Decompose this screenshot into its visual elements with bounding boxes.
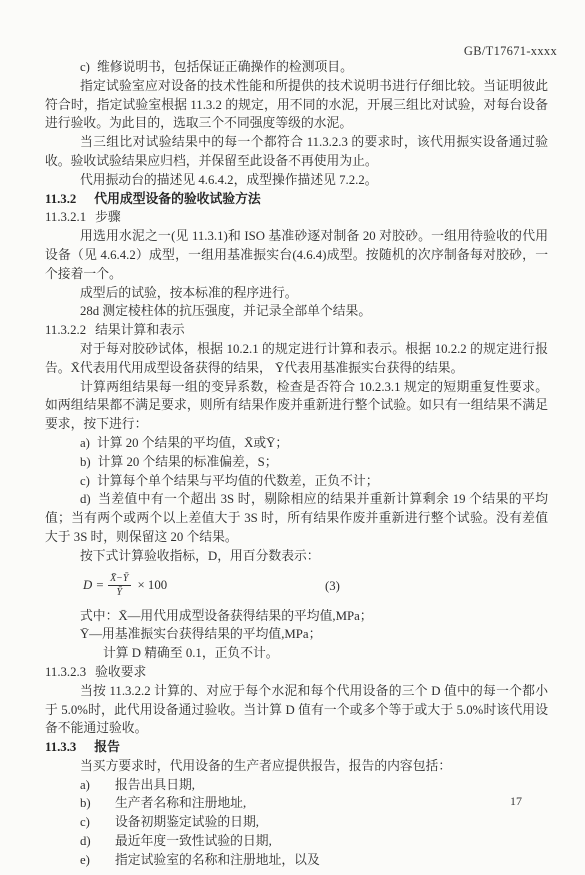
paragraph-28d-strength: 28d 测定棱柱体的抗压强度，并记录全部单个结果。 [45, 302, 548, 321]
list-item-text: 计算 20 个结果的标准偏差，S； [98, 455, 278, 469]
section-heading-11-3-2-1: 11.3.2.1步骤 [45, 208, 548, 227]
list-item-label: a) [80, 776, 94, 795]
scanned-document-page: GB/T17671-xxxx c)维修说明书，包括保证正确操作的检测项目。 指定… [0, 0, 585, 875]
section-heading-11-3-2-3: 11.3.2.3验收要求 [45, 663, 548, 682]
section-heading-11-3-3: 11.3.3报告 [45, 738, 548, 757]
list-item-label: c) [80, 474, 90, 488]
calc-step-c: c)计算每个单个结果与平均值的代数差，正负不计； [45, 472, 548, 491]
formula-legend-precision: 计算 D 精确至 0.1，正负不计。 [45, 644, 548, 663]
calc-step-b: b)计算 20 个结果的标准偏差，S； [45, 453, 548, 472]
paragraph-acceptance: 当按 11.3.2.2 计算的、对应于每个水泥和每个代用设备的三个 D 值中的每… [45, 682, 548, 738]
equation-lhs: D = [83, 576, 104, 595]
list-item-c-maintenance: c)维修说明书，包括保证正确操作的检测项目。 [45, 58, 548, 77]
paragraph-report-intro: 当买方要求时，代用设备的生产者应提供报告，报告的内容包括： [45, 757, 548, 776]
section-title: 报告 [94, 740, 120, 754]
standard-code-header: GB/T17671-xxxx [464, 44, 557, 59]
list-item-text: 计算 20 个结果的平均值，X̄或Ȳ； [97, 436, 288, 450]
calc-step-a: a)计算 20 个结果的平均值，X̄或Ȳ； [45, 434, 548, 453]
section-number: 11.3.3 [45, 740, 76, 754]
document-content: c)维修说明书，包括保证正确操作的检测项目。 指定试验室应对设备的技术性能和所提… [45, 58, 548, 870]
section-title: 验收要求 [95, 665, 146, 679]
formula-legend-ybar: Ȳ—用基准振实台获得结果的平均值,MPa； [45, 625, 548, 644]
section-number: 11.3.2.3 [45, 665, 86, 679]
formula-legend-xbar: 式中：X̄—用代用成型设备获得结果的平均值,MPa； [45, 607, 548, 626]
section-number: 11.3.2.1 [45, 210, 86, 224]
list-item-text: 维修说明书，包括保证正确操作的检测项目。 [97, 60, 353, 74]
list-item-label: d) [80, 492, 91, 506]
list-item-label: a) [80, 436, 90, 450]
list-item-text: 指定试验室的名称和注册地址，以及 [115, 853, 320, 867]
list-item-text: 设备初期鉴定试验的日期, [115, 815, 259, 829]
page-number: 17 [510, 794, 522, 809]
equation-multiplier: × 100 [138, 576, 168, 595]
section-title: 结果计算和表示 [95, 323, 185, 337]
paragraph-compare: 指定试验室应对设备的技术性能和所提供的技术说明书进行仔细比较。当证明彼此符合时，… [45, 77, 548, 133]
list-item-text: 最近年度一致性试验的日期, [115, 834, 272, 848]
equation-fraction: X̄−Ȳ Ȳ [108, 573, 130, 598]
report-item-b: b)生产者名称和注册地址, [45, 794, 548, 813]
list-item-text: 计算每个单个结果与平均值的代数差，正负不计； [97, 474, 379, 488]
paragraph-procedure: 用选用水泥之一(见 11.3.1)和 ISO 基准砂逐对制备 20 对胶砂。一组… [45, 227, 548, 283]
section-heading-11-3-2: 11.3.2代用成型设备的验收试验方法 [45, 190, 548, 209]
section-title: 代用成型设备的验收试验方法 [94, 192, 260, 206]
calc-step-d: d)当差值中有一个超出 3S 时，剔除相应的结果并重新计算剩余 19 个结果的平… [45, 490, 548, 546]
list-item-label: c) [80, 60, 90, 74]
list-item-text: 当差值中有一个超出 3S 时，剔除相应的结果并重新计算剩余 19 个结果的平均值… [45, 492, 548, 544]
list-item-label: e) [80, 851, 94, 870]
paragraph-calc-express: 对于每对胶砂试体，根据 10.2.1 的规定进行计算和表示。根据 10.2.2 … [45, 340, 548, 378]
list-item-label: d) [80, 832, 94, 851]
paragraph-variation: 计算两组结果每一组的变异系数，检查是否符合 10.2.3.1 规定的短期重复性要… [45, 378, 548, 434]
equation-number: (3) [325, 577, 340, 596]
fraction-denominator: Ȳ [108, 586, 130, 598]
section-number: 11.3.2.2 [45, 323, 86, 337]
report-item-a: a)报告出具日期, [45, 776, 548, 795]
list-item-text: 报告出具日期, [115, 778, 195, 792]
paragraph-description-ref: 代用振动台的描述见 4.6.4.2，成型操作描述见 7.2.2。 [45, 171, 548, 190]
fraction-numerator: X̄−Ȳ [108, 573, 130, 586]
list-item-text: 生产者名称和注册地址, [115, 796, 246, 810]
report-item-c: c)设备初期鉴定试验的日期, [45, 813, 548, 832]
report-item-d: d)最近年度一致性试验的日期, [45, 832, 548, 851]
section-title: 步骤 [95, 210, 121, 224]
paragraph-three-groups: 当三组比对试验结果中的每一个都符合 11.3.2.3 的要求时，该代用振实设备通… [45, 133, 548, 171]
paragraph-after-forming: 成型后的试验，按本标准的程序进行。 [45, 284, 548, 303]
list-item-label: b) [80, 455, 91, 469]
report-item-e: e)指定试验室的名称和注册地址，以及 [45, 851, 548, 870]
section-heading-11-3-2-2: 11.3.2.2结果计算和表示 [45, 321, 548, 340]
equation-3: D = X̄−Ȳ Ȳ × 100 (3) [45, 571, 548, 601]
list-item-label: c) [80, 813, 94, 832]
section-number: 11.3.2 [45, 192, 76, 206]
list-item-label: b) [80, 794, 94, 813]
paragraph-formula-intro: 按下式计算验收指标，D，用百分数表示： [45, 547, 548, 566]
